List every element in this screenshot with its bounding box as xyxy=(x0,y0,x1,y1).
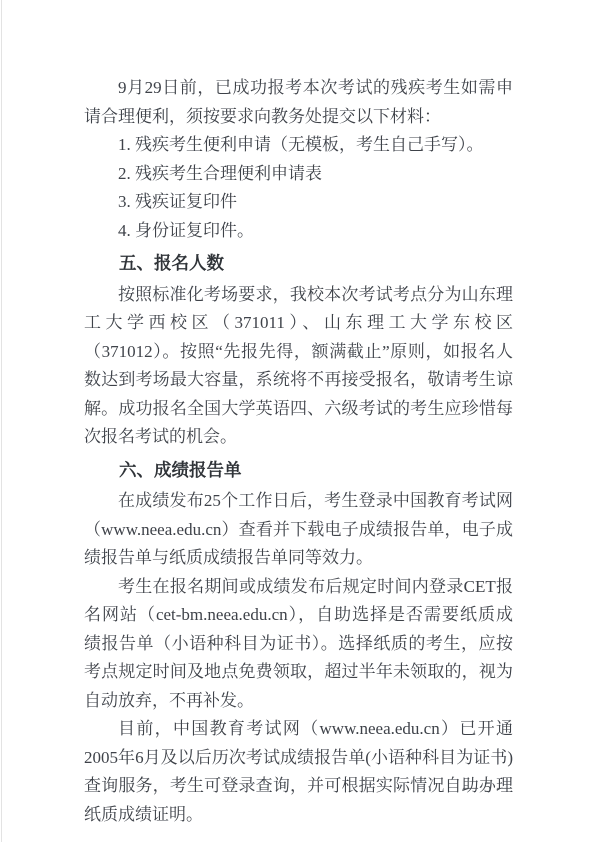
document-page: 9月29日前，已成功报考本次考试的残疾考生如需申请合理便利，须按要求向教务处提交… xyxy=(0,0,595,842)
heading-section5-registration-count: 五、报名人数 xyxy=(84,249,513,278)
paragraph-paper-score-report: 考生在报名期间或成绩发布后规定时间内登录CET报名网站（cet-bm.neea.… xyxy=(84,573,513,716)
paragraph-registration-count: 按照标准化考场要求，我校本次考试考点分为山东理工大学西校区（371011）、山东… xyxy=(84,281,513,452)
document-content: 9月29日前，已成功报考本次考试的残疾考生如需申请合理便利，须按要求向教务处提交… xyxy=(84,74,513,829)
list-item-accommodation-form: 2. 残疾考生合理便利申请表 xyxy=(84,160,513,189)
list-item-id-card-copy: 4. 身份证复印件。 xyxy=(84,217,513,246)
paragraph-score-query-service: 目前，中国教育考试网（www.neea.edu.cn）已开通2005年6月及以后… xyxy=(84,715,513,829)
list-item-disability-certificate-copy: 3. 残疾证复印件 xyxy=(84,188,513,217)
paragraph-electronic-score-report: 在成绩发布25个工作日后，考生登录中国教育考试网（www.neea.edu.cn… xyxy=(84,487,513,573)
paragraph-accessibility-materials: 9月29日前，已成功报考本次考试的残疾考生如需申请合理便利，须按要求向教务处提交… xyxy=(84,74,513,131)
page-number: — 5 — xyxy=(84,780,513,797)
heading-section6-score-report: 六、成绩报告单 xyxy=(84,456,513,485)
scan-edge-line xyxy=(1,0,2,842)
list-item-accommodation-application: 1. 残疾考生便利申请（无模板，考生自己手写）。 xyxy=(84,131,513,160)
